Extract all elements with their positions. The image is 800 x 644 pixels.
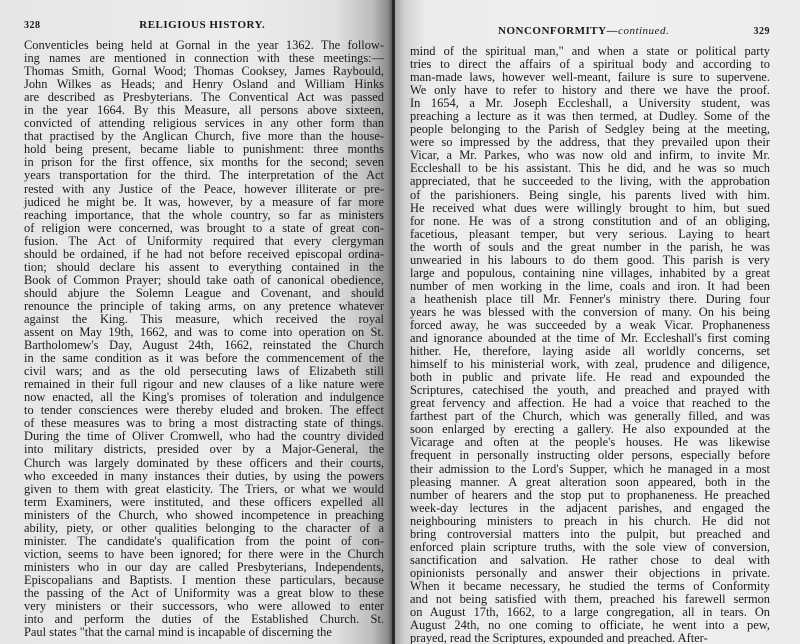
text-line: Paul states "that the carnal mind is inc… — [24, 626, 384, 639]
text-line: sanctification and salvation. He rather … — [410, 554, 770, 567]
book-spread: 328 RELIGIOUS HISTORY. Conventicles bein… — [0, 0, 800, 644]
text-line: Book of Common Prayer; should take oath … — [24, 274, 384, 287]
text-line: bring controversial matters into the pul… — [410, 528, 770, 541]
text-line: fusion. The Act of Uniformity required t… — [24, 235, 384, 248]
text-line: given to them with great elasticity. The… — [24, 483, 384, 496]
text-line: of the parishioners. Being single, his p… — [410, 189, 770, 202]
text-line: frequent in personally instructing older… — [410, 449, 770, 462]
text-line: unwearied in his labours to do them good… — [410, 254, 770, 267]
text-line: minister. The candidate's qualification … — [24, 535, 384, 548]
text-line: their admission to the Lord's Supper, wh… — [410, 463, 770, 476]
running-head-right: NONCONFORMITY—continued. 329 — [410, 25, 770, 41]
text-line: judiced he might be. It was, however, by… — [24, 196, 384, 209]
text-line: tion; should declare his assent to every… — [24, 261, 384, 274]
text-line: reaching importance, that the whole coun… — [24, 209, 384, 222]
text-line: number of hearers and the stop put to pr… — [410, 489, 770, 502]
running-head-left: 328 RELIGIOUS HISTORY. — [24, 19, 384, 35]
text-line: large and populous, containing nine vill… — [410, 267, 770, 280]
text-line: viction, seems to have been ignored; for… — [24, 548, 384, 561]
running-head-title: RELIGIOUS HISTORY. — [41, 19, 365, 31]
text-line: pleasing manner. A great alteration soon… — [410, 476, 770, 489]
text-line: a heathenish place till Mr. Fenner's min… — [410, 293, 770, 306]
text-line: neighbouring ministers to preach in his … — [410, 515, 770, 528]
text-line: ability, piety, or other qualities belon… — [24, 522, 384, 535]
text-line: rested with any Justice of the Peace, ho… — [24, 183, 384, 196]
running-head-continued: continued. — [618, 25, 669, 37]
text-line: Episcopalians and Baptists. I mention th… — [24, 574, 384, 587]
text-line: ministers of the Church, who showed inco… — [24, 509, 384, 522]
text-line: should abjure the Solemn League and Cove… — [24, 287, 384, 300]
running-head-main: NONCONFORMITY— — [498, 25, 618, 37]
text-line: of religion were concerned, was brought … — [24, 222, 384, 235]
text-line: When it became necessary, he studied the… — [410, 580, 770, 593]
text-line: number of men working in the lime, coals… — [410, 280, 770, 293]
text-line: ministers who in our day are called Pres… — [24, 561, 384, 574]
text-line: He received what dues were willingly bro… — [410, 202, 770, 215]
left-page: 328 RELIGIOUS HISTORY. Conventicles bein… — [0, 0, 392, 644]
text-line: facetious, pleasant temper, but very ser… — [410, 228, 770, 241]
book-gutter — [392, 0, 395, 644]
text-line: opinionists personally and answer their … — [410, 567, 770, 580]
running-head-title: NONCONFORMITY—continued. — [498, 25, 754, 37]
page-body-text: mind of the spiritual man," and when a s… — [410, 45, 770, 644]
text-line: years transportation for the third. The … — [24, 169, 384, 182]
page-body-text: Conventicles being held at Gornal in the… — [24, 39, 384, 639]
text-line: enforced plain scripture truths, with th… — [410, 541, 770, 554]
text-line: into military districts, presided over b… — [24, 443, 384, 456]
text-line: for none. He was of a strong constitutio… — [410, 215, 770, 228]
page-number: 329 — [754, 26, 771, 37]
text-line: the worth of souls and the great number … — [410, 241, 770, 254]
text-line: term Examiners, were instituted, and the… — [24, 496, 384, 509]
text-line: who exceeded in many instances their dut… — [24, 470, 384, 483]
text-line: prayed, read the Scriptures, expounded a… — [410, 632, 770, 644]
text-line: appreciated, that he succeeded to the li… — [410, 175, 770, 188]
text-line: Church was largely dominated by these of… — [24, 457, 384, 470]
text-line: week-day lectures in the adjacent parish… — [410, 502, 770, 515]
text-line: should be ordained, if he had not before… — [24, 248, 384, 261]
page-number: 328 — [24, 20, 41, 31]
right-page: NONCONFORMITY—continued. 329 mind of the… — [392, 0, 800, 644]
